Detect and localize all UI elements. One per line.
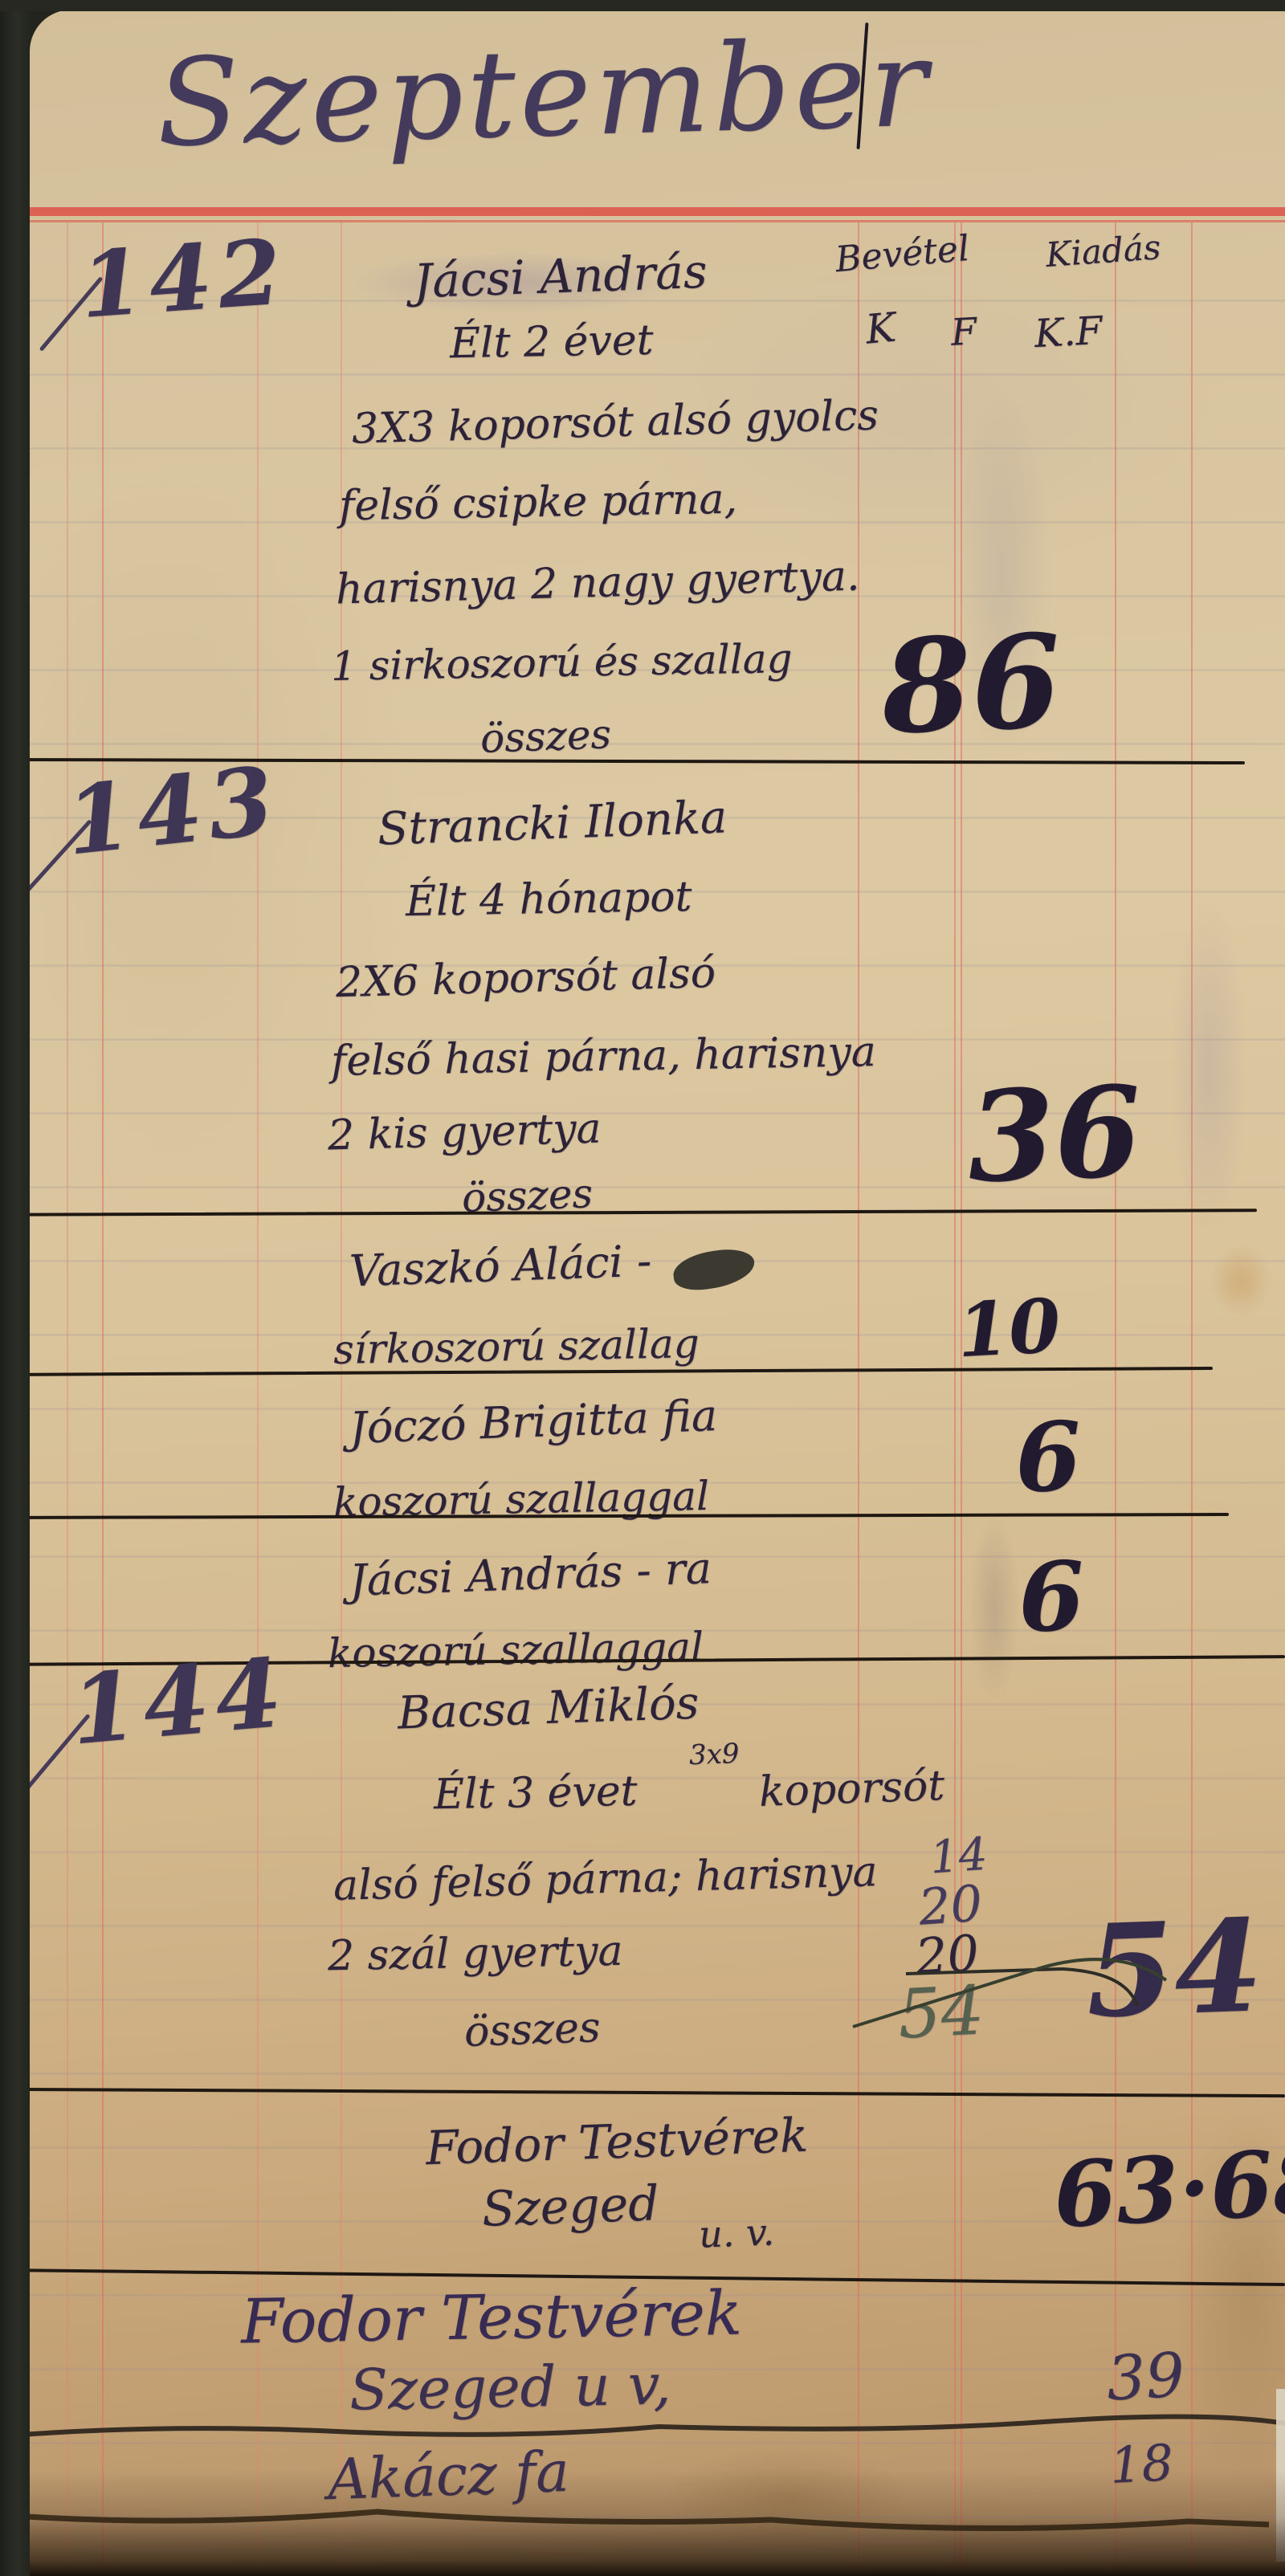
- entry-line: 2 szál gyertya: [328, 1930, 623, 1977]
- currency-header-kf: K.F: [1034, 312, 1103, 353]
- entry-line: felső csipke párna,: [339, 479, 738, 528]
- entry-name: Jácsi András: [413, 248, 708, 305]
- bevetel-split-line-b: [961, 222, 962, 2576]
- entry-line: koszorú szallaggal: [328, 1627, 704, 1673]
- total-label: összes: [479, 714, 612, 759]
- entry-name: Jóczó Brigitta fia: [349, 1394, 718, 1450]
- entry-age: Élt 3 évet: [434, 1771, 638, 1816]
- entry-line: 1 sirkoszorú és szallag: [331, 638, 793, 687]
- total-amount: 10: [956, 1289, 1063, 1368]
- supplier-city: Szeged: [481, 2179, 660, 2234]
- ledger-page: Szeptember Bevétel Kiadás K F K.F 142 Já…: [0, 0, 1285, 2576]
- total-amount: 54: [1083, 1903, 1264, 2036]
- supplier-amount: 63·68: [1051, 2137, 1285, 2241]
- supplier-amount: 39: [1105, 2345, 1186, 2410]
- supplier-city-suffix: u. v.: [698, 2213, 775, 2252]
- entry-line: sírkoszorú szallag: [333, 1323, 700, 1370]
- total-amount: 6: [1014, 1409, 1083, 1506]
- margin-line-1: [67, 222, 68, 2576]
- total-amount: 86: [879, 617, 1063, 752]
- entry-age-superscript: 3x9: [688, 1740, 740, 1769]
- entry-line: felső hasi párna, harisnya: [331, 1031, 877, 1082]
- entry-line: 2 kis gyertya: [327, 1108, 602, 1157]
- entry-name: Bacsa Miklós: [397, 1681, 700, 1736]
- column-line-1: [257, 222, 259, 2576]
- currency-header-f: F: [950, 312, 977, 351]
- margin-line-2: [102, 222, 104, 2576]
- entry-name: Strancki Ilonka: [377, 795, 728, 852]
- entry-age-continued: koporsót: [758, 1765, 945, 1813]
- entry-name: Vaszkó Aláci -: [349, 1239, 652, 1293]
- entry-number: 142: [77, 227, 290, 332]
- total-label: összes: [463, 2007, 601, 2053]
- supplier-name: Fodor Testvérek: [425, 2112, 809, 2172]
- page-title: Szeptember: [155, 23, 932, 164]
- scan-edge-top: [0, 0, 1285, 11]
- entry-number: 144: [67, 1645, 292, 1758]
- entry-name: Jácsi András - ra: [349, 1547, 712, 1603]
- bevetel-split-line-a: [954, 222, 956, 2576]
- top-red-rule: [30, 207, 1285, 216]
- currency-header-k: K: [864, 307, 898, 349]
- bottom-shadow: [0, 2469, 1285, 2576]
- supplier-name: Fodor Testvérek: [240, 2283, 742, 2353]
- column-header-kiadas: Kiadás: [1045, 230, 1162, 272]
- scan-edge-left: [0, 0, 30, 2576]
- total-amount: 6: [1017, 1549, 1086, 1646]
- entry-line: 2X6 koporsót alsó: [335, 952, 716, 1004]
- entry-number: 143: [62, 753, 284, 868]
- entry-age: Élt 4 hónapot: [406, 876, 692, 923]
- supplier-city: Szeged u v,: [349, 2357, 671, 2419]
- total-amount: 36: [965, 1069, 1143, 1199]
- top-red-rule-thin: [30, 220, 1285, 222]
- subtotal-sum: 54: [896, 1976, 985, 2048]
- entry-age: Élt 2 évet: [450, 320, 654, 365]
